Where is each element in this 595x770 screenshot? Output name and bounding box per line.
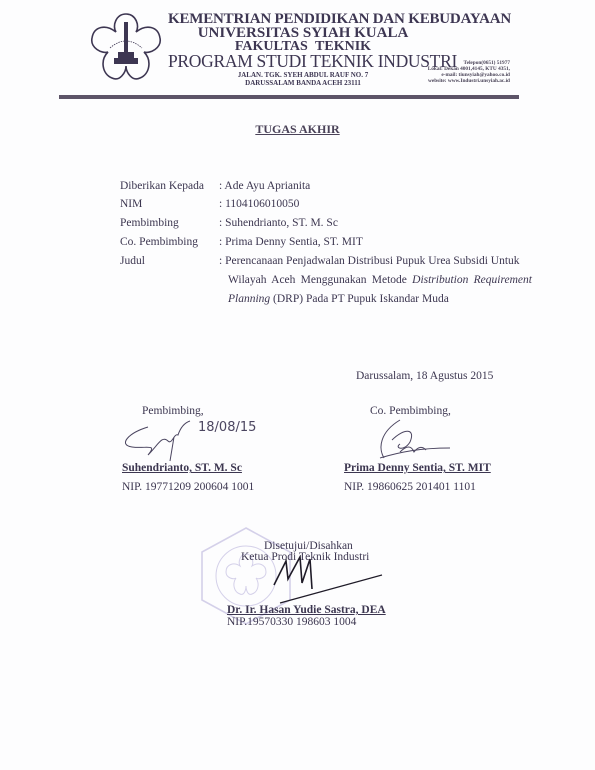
field-label: Pembimbing <box>120 217 179 229</box>
header-divider <box>59 95 519 99</box>
co-supervisor-signature-icon <box>370 418 480 466</box>
head-signature-icon <box>272 555 392 605</box>
co-supervisor-nip: NIP. 19860625 201401 1101 <box>344 481 476 493</box>
title-italic-text: Distribution Requirement <box>412 274 532 286</box>
place-date: Darussalam, 18 Agustus 2015 <box>356 370 493 382</box>
supervisor-nip: NIP. 19771209 200604 1001 <box>122 481 254 493</box>
title-line-2: Wilayah Aceh Menggunakan Metode Distribu… <box>228 274 532 286</box>
contact-website: website: www.Industri.unsyiah.ac.id <box>428 78 510 84</box>
title-line-3: Planning (DRP) Pada PT Pupuk Iskandar Mu… <box>228 293 449 305</box>
document-title: TUGAS AKHIR <box>0 122 595 137</box>
co-supervisor-role: Co. Pembimbing, <box>370 405 451 417</box>
head-name: Dr. Ir. Hasan Yudie Sastra, DEA <box>227 604 386 616</box>
field-value: : Ade Ayu Aprianita <box>219 180 310 192</box>
university-logo-icon <box>84 8 168 88</box>
address-line-2: DARUSSALAM BANDA ACEH 23111 <box>168 79 438 87</box>
field-label: Co. Pembimbing <box>120 236 198 248</box>
supervisor-name: Suhendrianto, ST. M. Sc <box>122 462 242 474</box>
program-name: PROGRAM STUDI TEKNIK INDUSTRI <box>168 51 438 72</box>
supervisor-signature-icon: 18/08/15 <box>118 415 258 465</box>
co-supervisor-name: Prima Denny Sentia, ST. MIT <box>344 462 491 474</box>
title-text: Wilayah Aceh Menggunakan Metode <box>228 274 412 286</box>
svg-text:18/08/15: 18/08/15 <box>198 420 256 435</box>
field-label: NIM <box>120 198 142 210</box>
field-value: : Suhendrianto, ST. M. Sc <box>219 217 338 229</box>
title-italic-text: Planning <box>228 293 270 305</box>
address-line-1: JALAN. TGK. SYEH ABDUL RAUF NO. 7 <box>168 71 438 79</box>
field-value: : Prima Denny Sentia, ST. MIT <box>219 236 363 248</box>
field-label: Diberikan Kepada <box>120 180 204 192</box>
head-nip: NIP.19570330 198603 1004 <box>227 616 356 628</box>
title-text: (DRP) Pada PT Pupuk Iskandar Muda <box>270 293 449 305</box>
field-value: : 1104106010050 <box>219 198 299 210</box>
field-value: : Perencanaan Penjadwalan Distribusi Pup… <box>219 255 520 267</box>
field-label: Judul <box>120 255 145 267</box>
